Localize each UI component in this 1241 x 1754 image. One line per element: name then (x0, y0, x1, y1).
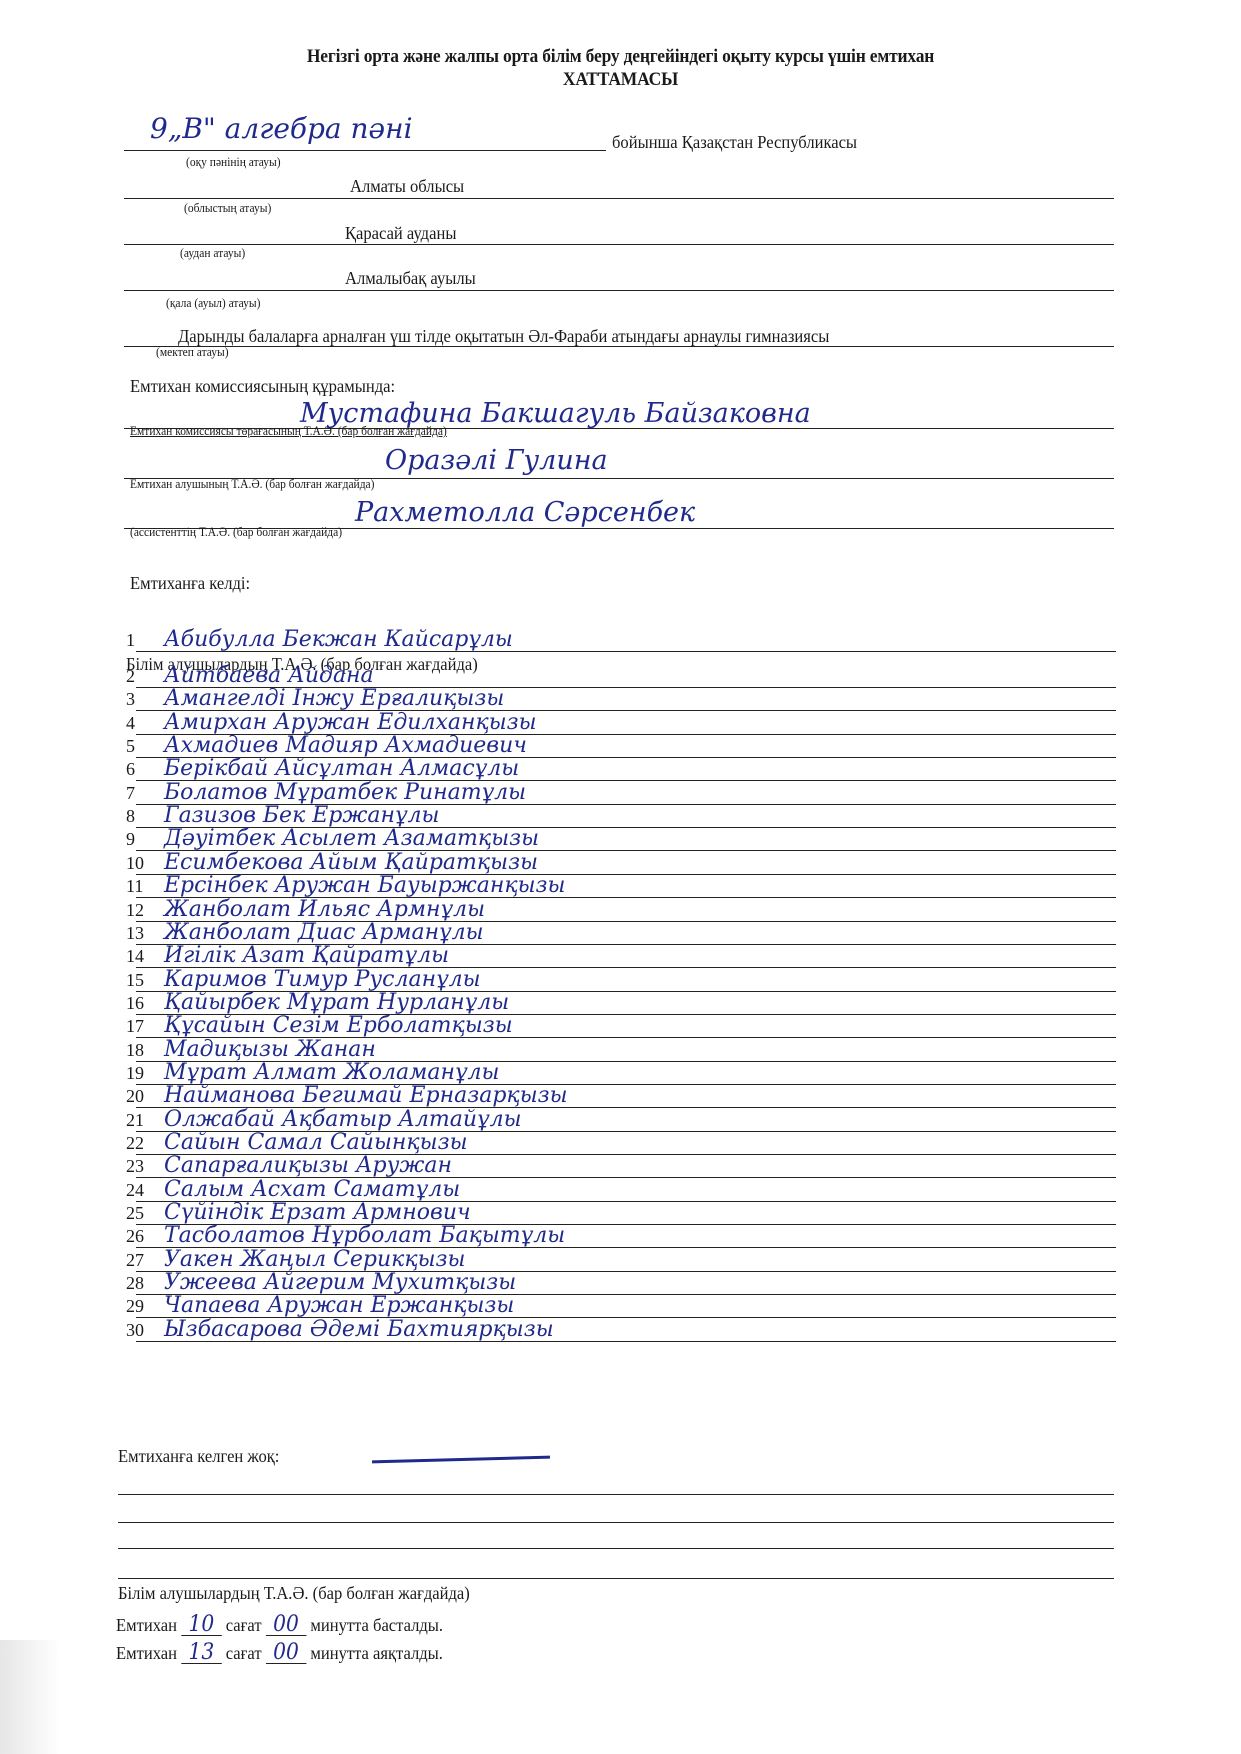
student-number: 10 (126, 853, 144, 874)
student-number: 15 (126, 970, 144, 991)
absent-line-4 (118, 1578, 1114, 1579)
student-name: Болатов Мұратбек Ринатұлы (164, 780, 526, 805)
student-row: 25Сүйіндік Ерзат Армнович (126, 1205, 1116, 1225)
student-name: Абибулла Бекжан Кайсарұлы (164, 627, 513, 652)
student-row: 2Айтбаева Айдана (126, 668, 1116, 688)
settlement-caption: (қала (ауыл) атауы) (166, 296, 260, 311)
district-line (124, 244, 1114, 245)
student-number: 4 (126, 713, 135, 734)
student-row: 18Мадиқызы Жанан (126, 1042, 1116, 1062)
student-number: 13 (126, 923, 144, 944)
student-number: 14 (126, 946, 144, 967)
student-row: 22Сайын Самал Сайынқызы (126, 1135, 1116, 1155)
student-number: 21 (126, 1110, 144, 1131)
student-number: 20 (126, 1086, 144, 1107)
region-caption: (облыстың атауы) (184, 201, 271, 216)
region-value: Алматы облысы (350, 176, 464, 197)
student-name: Ужеева Айгерим Мухитқызы (164, 1270, 516, 1295)
student-name: Найманова Бегимай Ерназарқызы (164, 1083, 568, 1108)
student-row: 21Олжабай Ақбатыр Алтайұлы (126, 1112, 1116, 1132)
start-suffix: минутта басталды. (310, 1615, 443, 1635)
student-row: 30Ызбасарова Әдемі Бахтиярқызы (126, 1322, 1116, 1342)
student-name: Амангелді Інжу Ерғалиқызы (164, 686, 504, 711)
student-name: Каримов Тимур Русланұлы (164, 967, 481, 992)
student-number: 7 (126, 783, 135, 804)
student-name: Ызбасарова Әдемі Бахтиярқызы (164, 1317, 554, 1342)
student-number: 29 (126, 1296, 144, 1317)
student-number: 30 (126, 1320, 144, 1341)
absent-dash (372, 1456, 550, 1464)
school-line (124, 346, 1114, 347)
absent-line-1 (118, 1494, 1114, 1495)
subject-suffix: бойынша Қазақстан Республикасы (612, 132, 857, 153)
student-row: 27Уакен Жаңыл Серикқызы (126, 1252, 1116, 1272)
student-number: 19 (126, 1063, 144, 1084)
exam-start-row: Емтихан 10 сағат 00 минутта басталды. (116, 1615, 443, 1636)
student-row: 24Салым Асхат Саматұлы (126, 1182, 1116, 1202)
student-name: Сайын Самал Сайынқызы (164, 1130, 468, 1155)
student-row: 13Жанболат Диас Арманұлы (126, 925, 1116, 945)
student-number: 8 (126, 806, 135, 827)
student-number: 17 (126, 1016, 144, 1037)
student-number: 25 (126, 1203, 144, 1224)
student-number: 18 (126, 1040, 144, 1061)
student-row: 28Ужеева Айгерим Мухитқызы (126, 1275, 1116, 1295)
examiner-name: Оразәлі Гулина (385, 445, 608, 476)
absent-line-3 (118, 1548, 1114, 1549)
student-number: 12 (126, 900, 144, 921)
student-name: Тасболатов Нұрболат Бақытұлы (164, 1223, 565, 1248)
student-line (136, 1341, 1116, 1342)
student-number: 24 (126, 1180, 144, 1201)
student-row: 29Чапаева Аружан Ержанқызы (126, 1298, 1116, 1318)
student-number: 16 (126, 993, 144, 1014)
student-number: 2 (126, 666, 135, 687)
start-prefix: Емтихан (116, 1615, 177, 1635)
exam-end-row: Емтихан 13 сағат 00 минутта аяқталды. (116, 1643, 443, 1664)
student-row: 4Амирхан Аружан Едилханқызы (126, 715, 1116, 735)
student-row: 16Қайырбек Мұрат Нурланұлы (126, 995, 1116, 1015)
student-row: 11Ерсінбек Аружан Бауыржанқызы (126, 878, 1116, 898)
student-row: 26Тасболатов Нұрболат Бақытұлы (126, 1228, 1116, 1248)
student-row: 23Сапарғалиқызы Аружан (126, 1158, 1116, 1178)
student-name: Чапаева Аружан Ержанқызы (164, 1293, 514, 1318)
end-hour: 13 (181, 1643, 221, 1664)
student-name: Қайырбек Мұрат Нурланұлы (164, 990, 509, 1015)
student-name: Сапарғалиқызы Аружан (164, 1153, 452, 1178)
student-row: 9Дәуітбек Асылет Азаматқызы (126, 831, 1116, 851)
start-hour: 10 (181, 1615, 221, 1636)
student-row: 7Болатов Мұратбек Ринатұлы (126, 785, 1116, 805)
subject-line (124, 150, 606, 151)
district-value: Қарасай ауданы (345, 223, 456, 244)
student-name: Ахмадиев Мадияр Ахмадиевич (164, 733, 527, 758)
district-caption: (аудан атауы) (180, 246, 245, 261)
subject-caption: (оқу пәнінің атауы) (186, 155, 281, 170)
assistant-name: Рахметолла Сәрсенбек (355, 497, 695, 528)
student-row: 20Найманова Бегимай Ерназарқызы (126, 1088, 1116, 1108)
student-name: Дәуітбек Асылет Азаматқызы (164, 826, 539, 851)
student-name: Жанболат Ильяс Армнұлы (164, 897, 485, 922)
exam-protocol-page: Негізгі орта және жалпы орта білім беру … (0, 0, 1241, 1754)
student-row: 1Абибулла Бекжан Кайсарұлы (126, 632, 1116, 652)
student-row: 6Берікбай Айсұлтан Алмасұлы (126, 761, 1116, 781)
absent-caption: Білім алушылардың Т.А.Ә. (бар болған жағ… (118, 1583, 470, 1604)
student-number: 6 (126, 759, 135, 780)
start-minute: 00 (266, 1615, 306, 1636)
document-title-protocol: ХАТТАМАСЫ (50, 69, 1192, 91)
student-number: 26 (126, 1226, 144, 1247)
student-number: 9 (126, 829, 135, 850)
student-name: Олжабай Ақбатыр Алтайұлы (164, 1107, 522, 1132)
settlement-line (124, 290, 1114, 291)
scan-shadow (0, 1640, 60, 1754)
student-line (136, 651, 1116, 652)
student-number: 1 (126, 630, 135, 651)
student-row: 5Ахмадиев Мадияр Ахмадиевич (126, 738, 1116, 758)
student-number: 22 (126, 1133, 144, 1154)
student-name: Салым Асхат Саматұлы (164, 1177, 460, 1202)
student-name: Жанболат Диас Арманұлы (164, 920, 484, 945)
chair-caption: Емтихан комиссиясы төрағасының Т.А.Ә. (б… (130, 424, 447, 439)
student-name: Игілік Азат Қайратұлы (164, 943, 449, 968)
examiner-caption: Емтихан алушының Т.А.Ә. (бар болған жағд… (130, 477, 375, 492)
document-title: Негізгі орта және жалпы орта білім беру … (50, 46, 1192, 68)
student-name: Газизов Бек Ержанұлы (164, 803, 439, 828)
student-row: 3Амангелді Інжу Ерғалиқызы (126, 691, 1116, 711)
absent-heading: Емтиханға келген жоқ: (118, 1446, 279, 1467)
student-number: 28 (126, 1273, 144, 1294)
student-row: 12Жанболат Ильяс Армнұлы (126, 902, 1116, 922)
student-name: Есимбекова Айым Қайратқызы (164, 850, 538, 875)
student-name: Сүйіндік Ерзат Армнович (164, 1200, 471, 1225)
student-name: Айтбаева Айдана (164, 663, 374, 688)
student-number: 11 (126, 876, 143, 897)
student-name: Берікбай Айсұлтан Алмасұлы (164, 756, 519, 781)
student-name: Құсайын Сезім Ерболатқызы (164, 1013, 513, 1038)
student-name: Амирхан Аружан Едилханқызы (164, 710, 537, 735)
school-caption: (мектеп атауы) (156, 345, 229, 360)
commission-heading: Емтихан комиссиясының құрамында: (130, 376, 395, 397)
assistant-caption: (ассистенттің Т.А.Ә. (бар болған жағдайд… (130, 525, 342, 540)
student-row: 19Мұрат Алмат Жоламанұлы (126, 1065, 1116, 1085)
student-name: Ерсінбек Аружан Бауыржанқызы (164, 873, 565, 898)
student-number: 27 (126, 1250, 144, 1271)
student-number: 23 (126, 1156, 144, 1177)
start-hour-label: сағат (226, 1615, 262, 1635)
student-row: 8Газизов Бек Ержанұлы (126, 808, 1116, 828)
absent-line-2 (118, 1522, 1114, 1523)
end-hour-label: сағат (226, 1643, 262, 1663)
school-value: Дарынды балаларға арналған үш тілде оқыт… (178, 326, 829, 347)
subject-value: 9„В" алгебра пәні (150, 112, 413, 145)
end-minute: 00 (266, 1643, 306, 1664)
student-name: Мұрат Алмат Жоламанұлы (164, 1060, 499, 1085)
student-row: 10Есимбекова Айым Қайратқызы (126, 855, 1116, 875)
student-name: Уакен Жаңыл Серикқызы (164, 1247, 465, 1272)
end-prefix: Емтихан (116, 1643, 177, 1663)
student-number: 5 (126, 736, 135, 757)
student-row: 14Игілік Азат Қайратұлы (126, 948, 1116, 968)
student-number: 3 (126, 689, 135, 710)
student-row: 17Құсайын Сезім Ерболатқызы (126, 1018, 1116, 1038)
settlement-value: Алмалыбақ ауылы (345, 268, 476, 289)
student-name: Мадиқызы Жанан (164, 1037, 376, 1062)
student-row: 15Каримов Тимур Русланұлы (126, 972, 1116, 992)
attended-heading: Емтиханға келді: (130, 573, 250, 594)
end-suffix: минутта аяқталды. (310, 1643, 443, 1663)
region-line (124, 198, 1114, 199)
